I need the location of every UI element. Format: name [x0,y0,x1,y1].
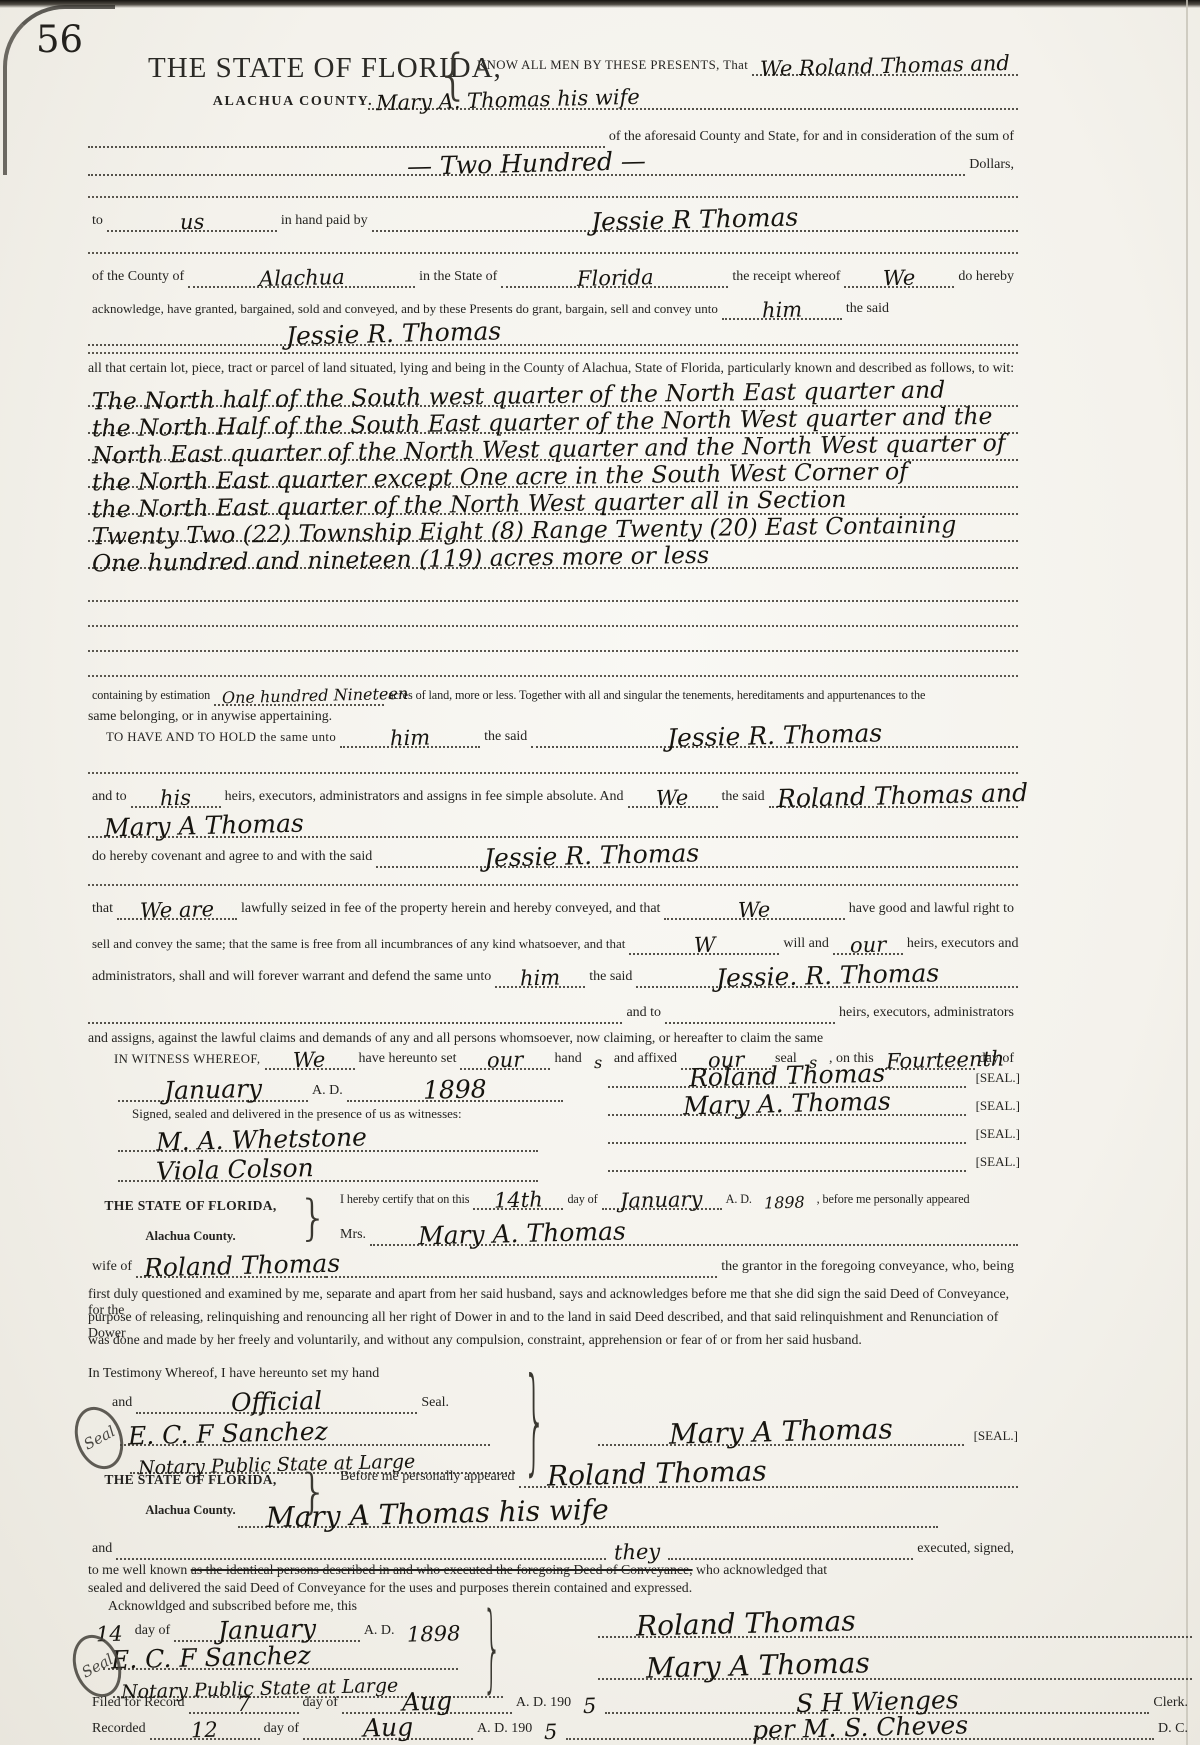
hand-plural-entry: s [585,1053,610,1073]
covenant-said-label: the said [718,789,769,808]
covenant-grantors-line-2: Mary A Thomas [88,807,1018,838]
page-number: 56 [36,18,83,61]
official-line: Official [136,1383,417,1414]
grantee-line: Jessie R. Thomas [88,315,1018,346]
husband-entry: Roland Thomas [136,1248,349,1282]
date-row: January A. D. 1898 [118,1072,563,1102]
blank-line [88,252,1018,254]
blank-line [88,625,1018,627]
before-label: Before me personally appeared [336,1469,519,1488]
heirs-right-row: and to heirs, executors, administrators [88,994,1018,1024]
dower-county-title: Alachua County. [88,1229,293,1244]
county-line: Alachua [188,262,415,288]
blank-line [88,675,1018,677]
dollars-label: Dollars, [965,157,1018,176]
executed-label: executed, signed, [913,1541,1018,1560]
dower-signature-line: Mary A Thomas [598,1411,964,1446]
appearer-line: Mary A. Thomas [370,1215,1018,1246]
ack-signature-2-line: Mary A Thomas [598,1645,1192,1680]
official-entry: Official [223,1386,331,1418]
hereby-label: do hereby [954,269,1018,288]
signature-seal-row-3: [SEAL.] [608,1116,1020,1144]
our-line: our [833,929,903,955]
ack-date-row: 14 day of January A. D. 1898 [88,1614,468,1642]
known-label: to me well known [88,1562,187,1577]
to-have-row: TO HAVE AND TO HOLD the same unto him th… [88,722,1018,748]
witness-2-row: Viola Colson [118,1152,538,1182]
testimony-label: In Testimony Whereof, I have hereunto se… [88,1366,508,1382]
payer-entry: Jessie R Thomas [583,202,807,236]
know-all-line: KNOW ALL MEN BY THESE PRESENTS, That We … [473,46,1018,76]
amount-entry: — Two Hundred — [399,146,654,181]
signature-seal-row-1: Roland Thomas [SEAL.] [608,1060,1020,1088]
warranty-grantee-entry: Jessie. R. Thomas [707,958,947,993]
blank-line [88,650,1018,652]
deputy-signature-entry: per M. S. Cheves [743,1710,976,1745]
to-have-unto-line: him [340,722,480,748]
heirs-line: his [131,782,221,808]
warranty-we-entry: We [730,897,779,922]
covenant-we-line: We [628,782,718,808]
dower-brace: } [298,1194,329,1242]
witness-2-entry: Viola Colson [148,1153,322,1186]
assigns-and-to-label: and to [622,1005,665,1024]
county-state-row: of the County of Alachua in the State of… [88,258,1018,288]
seized-text: lawfully seized in fee of the property h… [237,901,664,920]
ack-appearer-1-line: Roland Thomas [519,1453,1018,1488]
right-text: have good and lawful right to [845,901,1018,920]
description-entry-7: One hundred and nineteen (119) acres mor… [88,537,1018,578]
blank-line [88,352,1018,354]
dower-signature-entry: Mary A Thomas [661,1412,902,1451]
and-to-label: and to [88,789,131,808]
dower-month-line: January [602,1184,722,1210]
blank-line [88,196,1018,198]
recorded-row: Recorded 12 day of Aug A. D. 190 5 per M… [88,1714,1192,1740]
dower-state-block: THE STATE OF FLORIDA, Alachua County. [88,1198,293,1244]
grantors-line-2-row: Mary A. Thomas his wife [368,80,1018,110]
recorded-label: Recorded [88,1721,150,1740]
ack-month-line: January [174,1611,360,1642]
containing-label: containing by estimation [88,688,214,706]
seal-column: Roland Thomas [SEAL.] Mary A. Thomas [SE… [608,1060,1020,1172]
blank-line [88,772,1018,774]
mrs-row: Mrs. Mary A. Thomas [336,1218,1018,1246]
witness-we-line: We [265,1044,355,1070]
dotted-line [116,1558,606,1560]
containing-row: containing by estimation One hundred Nin… [88,682,1018,706]
notary-line-2: E. C. F Sanchez [103,1639,458,1670]
state-entry: Florida [568,265,661,291]
blank-line [88,884,1018,886]
signature-1-line: Roland Thomas [608,1057,966,1088]
dower-day-line: 14th [473,1184,563,1210]
recorded-day-entry: 12 [183,1717,226,1742]
warranty-said-label: the said [585,969,636,988]
acknowledged-label: who acknowledged that [696,1562,827,1577]
certify-label: I hereby certify that on this [336,1192,473,1210]
certify-row: I hereby certify that on this 14th day o… [336,1184,1018,1210]
seal-bracket-1: [SEAL.] [966,1070,1020,1088]
to-have-unto-entry: him [382,725,439,750]
paid-by-row: to us in hand paid by Jessie R Thomas [88,202,1018,232]
county-label: of the County of [88,269,188,288]
clerk-label: Clerk. [1149,1695,1192,1714]
month-entry: January [156,1074,271,1106]
signature-seal-row-2: Mary A. Thomas [SEAL.] [608,1088,1020,1116]
ack-signature-1-line: Roland Thomas [598,1603,1192,1638]
covenant-grantee-line: Jessie R. Thomas [376,837,1018,868]
month-line: January [118,1071,308,1102]
seal-word: Seal. [417,1395,453,1414]
dower-state-title: THE STATE OF FLORIDA, [88,1198,293,1214]
to-have-grantee-line: Jessie R. Thomas [531,717,1018,748]
defend-row: administrators, shall and will forever w… [88,958,1018,988]
description-intro: all that certain lot, piece, tract or pa… [88,360,1018,376]
sealed-text: sealed and delivered the said Deed of Co… [88,1580,1018,1596]
husband-line: Roland Thomas [136,1247,326,1278]
ad-label: A. D. [308,1083,347,1102]
signature-2-line: Mary A. Thomas [608,1085,966,1116]
ack-appearer-1-entry: Roland Thomas [538,1454,774,1493]
ack-signature-1-entry: Roland Thomas [628,1604,864,1643]
appearer-entry: Mary A. Thomas [410,1216,634,1250]
known-row: to me well known as the identical person… [88,1562,1018,1578]
recorded-year-entry: 5 [536,1720,566,1745]
seal-bracket-4: [SEAL.] [966,1154,1020,1172]
signature-seal-row-4: [SEAL.] [608,1144,1020,1172]
they-row: and they executed, signed, [88,1534,1018,1560]
heirs-admin-text: heirs, executors, administrators [835,1005,1018,1024]
notary-entry-1: E. C. F Sanchez [120,1416,336,1450]
dower-signature-row: Mary A Thomas [SEAL.] [598,1412,1018,1446]
struck-text: as the identical persons described in an… [191,1562,693,1577]
witness-we-entry: We [285,1047,334,1072]
ack-appearer-2-line: Mary A Thomas his wife [238,1493,938,1528]
notary-seal-stamp-1-text: Seal [80,1422,118,1453]
before-row: Before me personally appeared Roland Tho… [336,1458,1018,1488]
witness-our-entry-1: our [479,1047,532,1072]
recorded-day-of-label: day of [260,1721,303,1740]
ack-signature-2-entry: Mary A Thomas [638,1646,879,1685]
aforesaid-row: of the aforesaid County and State, for a… [88,118,1018,148]
mrs-label: Mrs. [336,1227,370,1246]
acres-text: acres of land, more or less. Together wi… [384,688,929,706]
county-entry: Alachua [251,265,353,291]
witness-1-line: M. A. Whetstone [118,1121,538,1152]
notary-signature-row-2: E. C. F Sanchez [103,1642,458,1670]
in-witness-label: IN WITNESS WHEREOF, [88,1052,265,1070]
dotted-line [668,1558,913,1560]
grantor-names-2: Mary A. Thomas his wife [368,85,648,116]
him-line: him [495,962,585,988]
our-entry: our [841,932,894,957]
covenant-label: do hereby covenant and agree to and with… [88,849,376,868]
dower-seal-bracket: [SEAL.] [964,1428,1018,1446]
receipt-line: We [844,262,954,288]
deed-content: THE STATE OF FLORIDA, ALACHUA COUNTY. { … [88,0,1192,1745]
filed-label: Filed for Record [88,1695,189,1714]
state-label: in the State of [415,269,501,288]
to-label: to [88,213,107,232]
hand-label: hand [550,1051,585,1070]
amount-row: — Two Hundred — Dollars, [88,146,1018,176]
to-have-grantee-entry: Jessie R. Thomas [659,718,891,753]
official-seal-row: and Official Seal. [108,1386,453,1414]
warranty-grantee-line: Jessie. R. Thomas [636,957,1018,988]
signature-4-line [608,1170,966,1172]
grantor-names-1: We Roland Thomas and [752,51,1018,81]
payer-line: Jessie R Thomas [372,201,1018,232]
sell-text: sell and convey the same; that the same … [88,936,629,955]
dower-paragraph-3: was done and made by her freely and volu… [88,1332,1018,1348]
dower-year-entry: 1898 [756,1192,813,1212]
seized-line: We are [117,894,237,920]
w-line: W [629,929,779,955]
year-line: 1898 [347,1071,563,1102]
sell-row: sell and convey the same; that the same … [88,925,1018,955]
warranty-we-line: We [664,894,844,920]
w-entry: W [685,933,723,958]
receipt-label: the receipt whereof [728,269,844,288]
covenant-grantee-entry: Jessie R. Thomas [476,838,708,873]
grantee-row: Jessie R. Thomas [88,316,1018,346]
covenant-row: do hereby covenant and agree to and with… [88,838,1018,868]
receipt-entry: We [875,265,924,290]
dower-month-entry: January [612,1187,711,1213]
grantee-entry: Jessie R. Thomas [278,316,510,351]
blank-line [88,600,1018,602]
dower-ad-label: A. D. [722,1192,756,1210]
state-line: Florida [501,262,728,288]
seal-bracket-2: [SEAL.] [966,1098,1020,1116]
set-label: have hereunto set [355,1051,461,1070]
grantor-text: the grantor in the foregoing conveyance,… [717,1259,1018,1278]
dc-label: D. C. [1154,1721,1192,1740]
and-label: and [108,1395,136,1414]
grantors-line-2: Mary A. Thomas his wife [368,84,1018,110]
deed-record-page: 56 THE STATE OF FLORIDA, ALACHUA COUNTY.… [0,0,1200,1745]
amount-line: — Two Hundred — [88,145,965,176]
seal-bracket-3: [SEAL.] [966,1126,1020,1144]
wife-of-label: wife of [88,1259,136,1278]
deputy-signature-line: per M. S. Cheves [566,1709,1154,1740]
payee-line: us [107,206,277,232]
covenant-grantor2-row: Mary A Thomas [88,808,1018,838]
seized-entry: We are [132,897,223,923]
witness-2-line: Viola Colson [118,1151,538,1182]
in-hand-label: in hand paid by [277,213,372,232]
to-have-label: TO HAVE AND TO HOLD the same unto [88,730,340,748]
witness-1-row: M. A. Whetstone [118,1122,538,1152]
presence-label: Signed, sealed and delivered in the pres… [118,1102,563,1122]
notary-entry-2: E. C. F Sanchez [103,1640,319,1674]
recorded-month-line: Aug [303,1709,473,1740]
heirs-row: and to his heirs, executors, administrat… [88,778,1018,808]
heirs-text: heirs, executors, administrators and ass… [221,789,628,808]
witness-our-line-1: our [460,1044,550,1070]
they-entry: they [606,1539,669,1565]
dower-before-label: , before me personally appeared [813,1192,974,1210]
ack-appearer-2-row: Mary A Thomas his wife [238,1494,938,1528]
ack-appearer-2-entry: Mary A Thomas his wife [258,1493,617,1535]
recorded-month-entry: Aug [355,1712,422,1743]
dotted-line [326,1276,717,1278]
recorded-ad-label: A. D. 190 [473,1721,536,1740]
admin-text: administrators, shall and will forever w… [88,969,495,988]
year-entry: 1898 [415,1074,495,1105]
warranty-heirs-text: heirs, executors and [903,936,1023,955]
dower-day-of-label: day of [563,1192,601,1210]
payee-entry: us [171,210,212,235]
filed-day-line: 7 [189,1688,299,1714]
ack-signature-row-2: Mary A Thomas [598,1648,1192,1680]
wife-of-row: wife of Roland Thomas the grantor in the… [88,1250,1018,1278]
witness-left-column: January A. D. 1898 Signed, sealed and de… [118,1072,563,1182]
him-entry: him [512,965,569,990]
acreage-line: One hundred Nineteen [214,684,384,706]
to-have-said-label: the said [480,729,531,748]
ack-signature-row-1: Roland Thomas [598,1606,1192,1638]
ack-state-title: THE STATE OF FLORIDA, [88,1472,293,1488]
dotted-line [88,1022,622,1024]
will-and-label: will and [779,936,833,955]
dower-day-entry: 14th [486,1187,551,1213]
description-line-7: One hundred and nineteen (119) acres mor… [88,542,1018,569]
filed-day-entry: 7 [229,1692,259,1717]
notary-line-1: E. C. F Sanchez [120,1415,490,1446]
grantors-line-1: We Roland Thomas and [752,50,1018,76]
dotted-line [665,1022,835,1024]
notary-signature-row-1: E. C. F Sanchez [120,1416,490,1446]
that-label: that [88,901,117,920]
notary-seal-stamp-2-text: Seal [78,1650,116,1681]
know-all-label: KNOW ALL MEN BY THESE PRESENTS, That [473,58,752,76]
covenant-grantors-line: Roland Thomas and [769,777,1018,808]
seisin-row: that We are lawfully seized in fee of th… [88,890,1018,920]
recorded-day-line: 12 [150,1714,260,1740]
ack-and-label: and [88,1541,116,1560]
